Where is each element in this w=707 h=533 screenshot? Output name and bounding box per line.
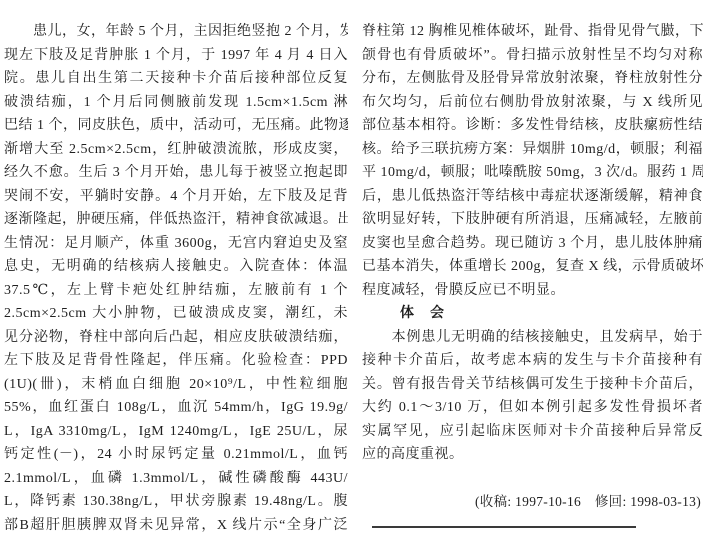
text-line: 应的高度重视。 [362,443,703,467]
text-line: 脊柱第 12 胸椎见椎体破坏，趾骨、指骨见骨气臌，下 [362,20,703,44]
text-line: 渐增大至 2.5cm×2.5cm，红肿破溃流脓，形成皮窦， [4,138,348,162]
text-line: (1U)(卌)，末梢血白细胞 20×10⁹/L，中性粒细胞 [4,373,348,397]
text-line: 部位基本相符。诊断：多发性骨结核，皮肤瘰疬性结 [362,114,703,138]
left-column: 患儿，女，年龄 5 个月，主因拒绝竖抱 2 个月，发现左下肢及足背肿胀 1 个月… [4,20,348,533]
section-heading: 体 会 [362,302,703,326]
text-line: L，降钙素 130.38ng/L，甲状旁腺素 19.48ng/L。腹 [4,490,348,514]
text-line: 平 10mg/d，顿服；吡嗪酰胺 50mg，3 次/d。服药 1 周 [362,161,703,185]
text-line: 哭闹不安，平躺时安静。4 个月开始，左下肢及足背 [4,185,348,209]
text-line: 经久不愈。生后 3 个月开始，患儿每于被竖立抱起即 [4,161,348,185]
text-line: 欲明显好转，下肢肿硬有所消退，压痛减轻，左腋前 [362,208,703,232]
text-line: 大约 0.1～3/10 万，但如本例引起多发性骨损坏者 [362,396,703,420]
text-line: 2.1mmol/L，血磷 1.3mmol/L，碱性磷酸酶 443U/ [4,467,348,491]
text-line: 实属罕见，应引起临床医师对卡介苗接种后异常反 [362,420,703,444]
text-line: 分布，左侧肱骨及胫骨异常放射浓聚，脊柱放射性分 [362,67,703,91]
discussion-section: 本例患儿无明确的结核接触史，且发病早，始于接种卡介苗后，故考虑本病的发生与卡介苗… [362,326,703,467]
text-line: 院。患儿自出生第二天接种卡介苗后接种部位反复 [4,67,348,91]
text-line: 患儿，女，年龄 5 个月，主因拒绝竖抱 2 个月，发 [4,20,348,44]
journal-page: 患儿，女，年龄 5 个月，主因拒绝竖抱 2 个月，发现左下肢及足背肿胀 1 个月… [0,0,707,533]
text-line: 37.5℃，左上臂卡疤处红肿结痂，左腋前有 1 个 [4,279,348,303]
text-line: 息史，无明确的结核病人接触史。入院查体：体温 [4,255,348,279]
text-line: 钙定性(－)，24 小时尿钙定量 0.21mmol/L，血钙 [4,443,348,467]
received-revised-note: (收稿: 1997-10-16 修回: 1998-03-13) [360,490,701,514]
text-line: 程度减轻，骨膜反应已不明显。 [362,279,703,303]
footnote-rule [372,526,636,528]
text-line: 关。曾有报告骨关节结核偶可发生于接种卡介苗后， [362,373,703,397]
text-line: 破溃结痂，1 个月后同侧腋前发现 1.5cm×1.5cm 淋 [4,91,348,115]
text-line: 颌骨也有骨质破坏”。骨扫描示放射性呈不均匀对称 [362,44,703,68]
text-line: 布欠均匀，后前位右侧肋骨放射浓聚，与 X 线所见 [362,91,703,115]
text-line: 后，患儿低热盗汗等结核中毒症状逐渐缓解，精神食 [362,185,703,209]
text-line: 生情况：足月顺产，体重 3600g，无宫内窘迫史及窒 [4,232,348,256]
text-line: 已基本消失，体重增长 200g，复查 X 线，示骨质破坏 [362,255,703,279]
text-line: 55%，血红蛋白 108g/L，血沉 54mm/h，IgG 19.9g/ [4,396,348,420]
right-column: 脊柱第 12 胸椎见椎体破坏，趾骨、指骨见骨气臌，下颌骨也有骨质破坏”。骨扫描示… [362,20,703,533]
text-line: 巴结 1 个，同皮肤色，质中，活动可，无压痛。此物逐 [4,114,348,138]
text-line: 接种卡介苗后，故考虑本病的发生与卡介苗接种有 [362,349,703,373]
text-line: 现左下肢及足背肿胀 1 个月，于 1997 年 4 月 4 日入 [4,44,348,68]
text-line: 见分泌物，脊柱中部向后凸起，相应皮肤破溃结痂， [4,326,348,350]
text-line: 核。给予三联抗痨方案：异烟肼 10mg/d，顿服；利福 [362,138,703,162]
text-line: 本例患儿无明确的结核接触史，且发病早，始于 [362,326,703,350]
text-line: 皮窦也呈愈合趋势。现已随访 3 个月，患儿肢体肿痛 [362,232,703,256]
text-line: 左下肢及足背骨性隆起，伴压痛。化验检查：PPD [4,349,348,373]
text-line: 部B超肝胆胰脾双肾未见异常，X 线片示“全身广泛 [4,514,348,533]
text-line: 2.5cm×2.5cm 大小肿物，已破溃成皮窦，潮红，未 [4,302,348,326]
case-report-continuation: 脊柱第 12 胸椎见椎体破坏，趾骨、指骨见骨气臌，下颌骨也有骨质破坏”。骨扫描示… [362,20,703,302]
text-line: L，IgA 3310mg/L，IgM 1240mg/L，IgE 25U/L，尿 [4,420,348,444]
text-line: 逐渐隆起，肿硬压痛，伴低热盗汗，精神食欲减退。出 [4,208,348,232]
